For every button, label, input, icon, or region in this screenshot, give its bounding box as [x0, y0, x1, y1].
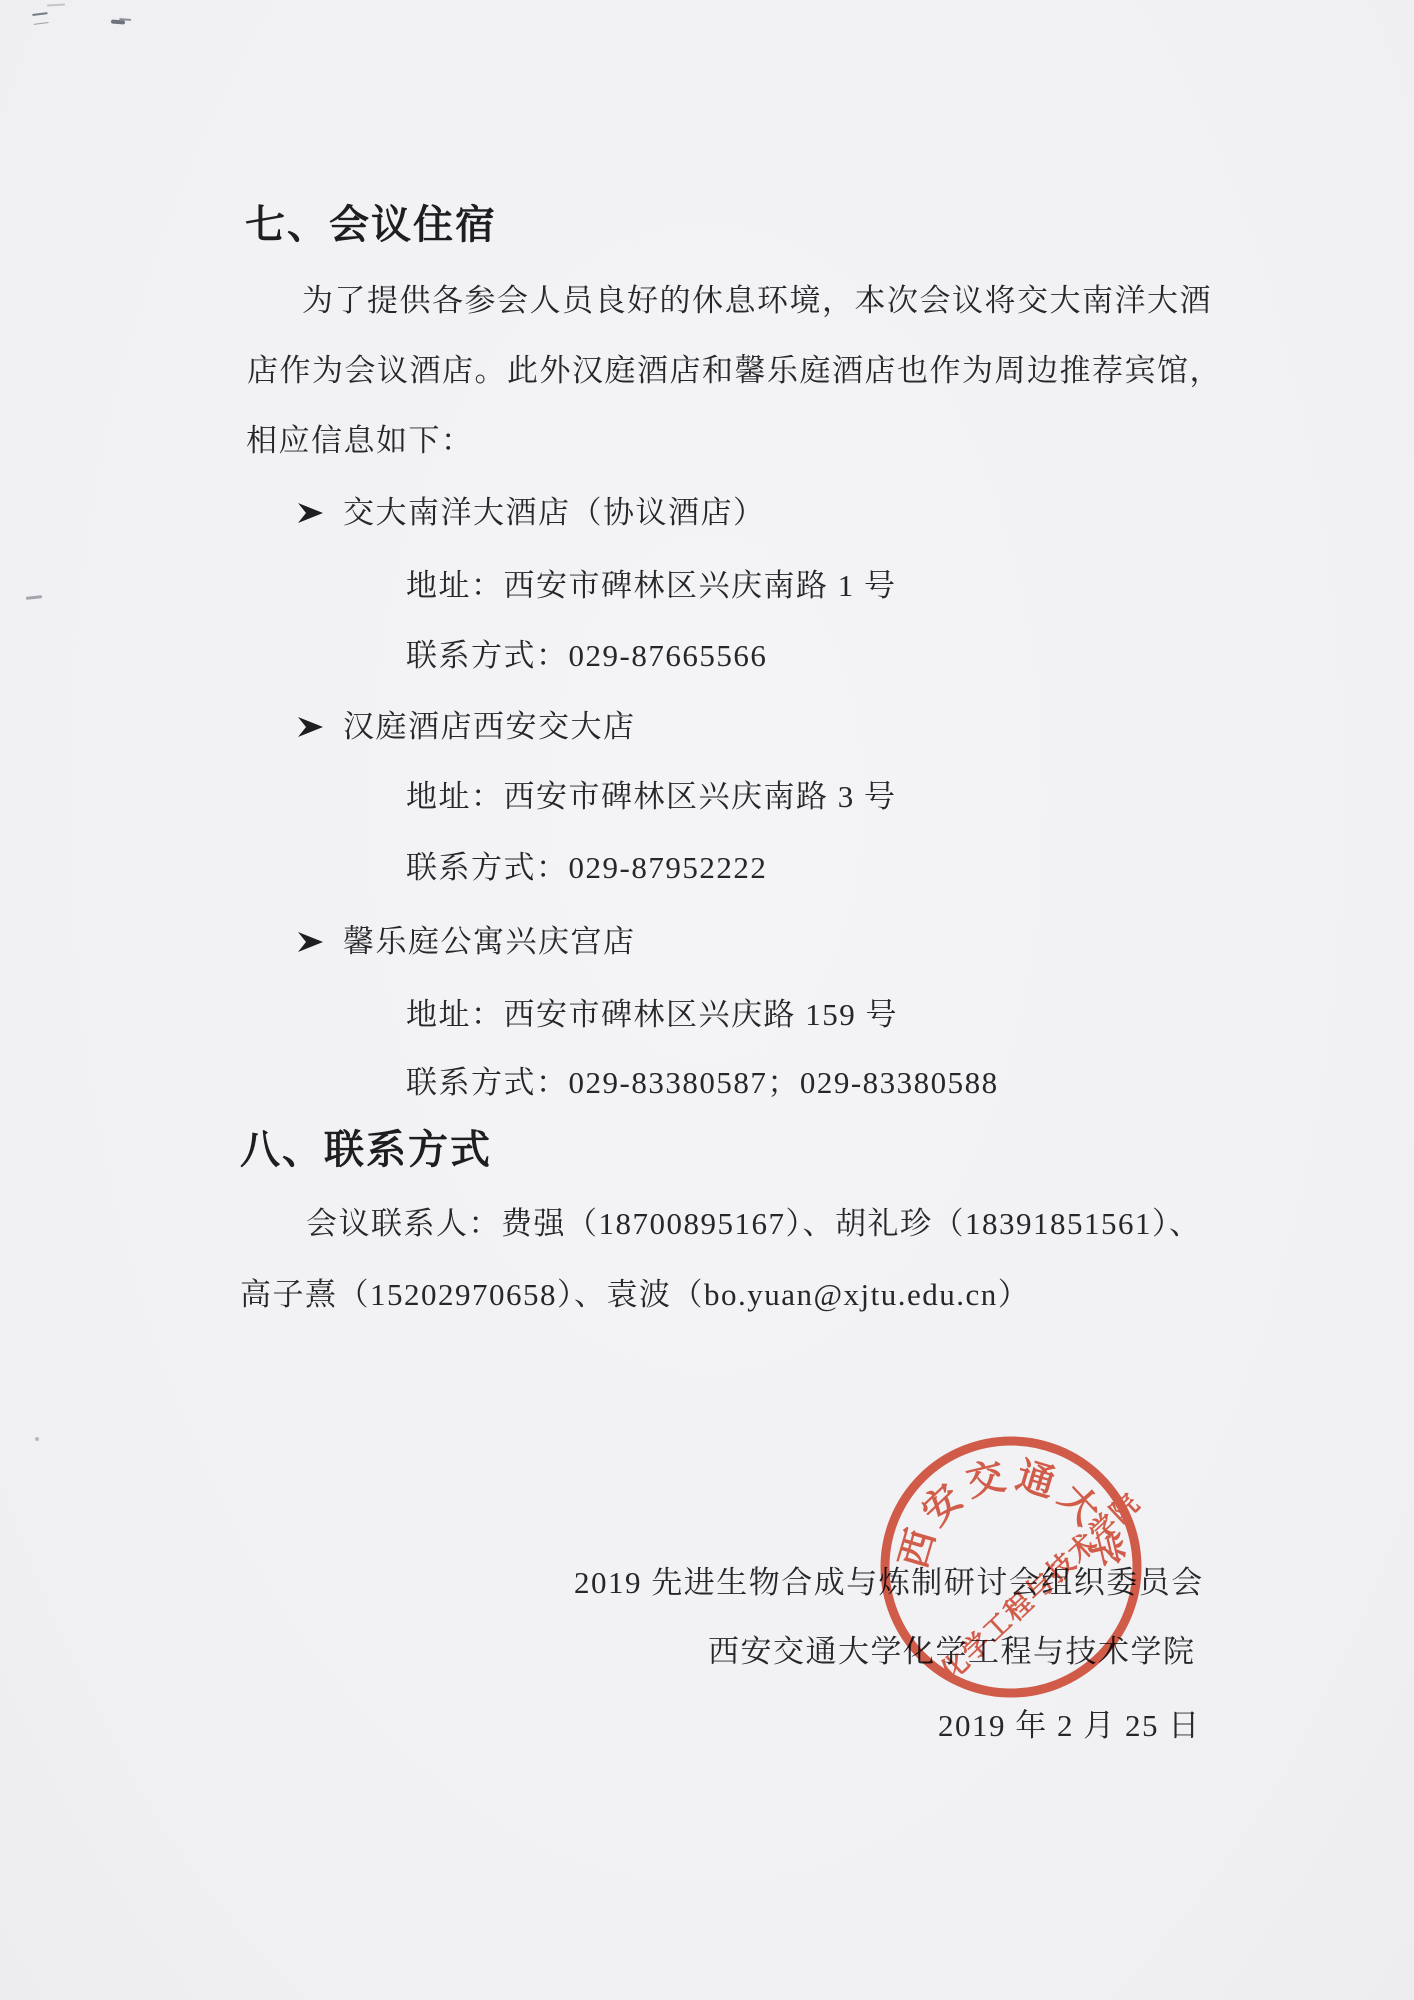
scan-artifact — [47, 4, 65, 7]
scan-artifact — [111, 20, 125, 25]
signature-date: 2019 年 2 月 25 日 — [938, 1707, 1201, 1745]
section8-heading: 八、联系方式 — [240, 1126, 492, 1174]
contact-line: 会议联系人：费强（18700895167）、胡礼珍（18391851561）、 — [306, 1205, 1202, 1243]
contact-line: 高子熹（15202970658）、袁波（bo.yuan@xjtu.edu.cn） — [240, 1276, 1030, 1314]
hotel-item: 交大南洋大酒店（协议酒店） — [295, 494, 766, 532]
stamp-arc-text: 西安交通大学 — [893, 1454, 1130, 1577]
paragraph-line: 店作为会议酒店。此外汉庭酒店和馨乐庭酒店也作为周边推荐宾馆， — [247, 352, 1222, 390]
bullet-arrow-icon — [295, 500, 325, 526]
hotel-phone: 联系方式：029-87952222 — [406, 849, 767, 887]
hotel-item: 汉庭酒店西安交大店 — [295, 708, 636, 746]
hotel-name: 汉庭酒店西安交大店 — [343, 708, 636, 746]
hotel-address: 地址：西安市碑林区兴庆南路 1 号 — [406, 567, 897, 605]
hotel-address: 地址：西安市碑林区兴庆南路 3 号 — [406, 778, 897, 816]
hotel-phone: 联系方式：029-83380587；029-83380588 — [406, 1064, 999, 1102]
scanned-document-page: 七、会议住宿 为了提供各参会人员良好的休息环境，本次会议将交大南洋大酒 店作为会… — [0, 0, 1414, 2000]
scan-artifact — [32, 12, 48, 25]
svg-text:西安交通大学: 西安交通大学 — [893, 1454, 1130, 1577]
bullet-arrow-icon — [295, 929, 325, 955]
paragraph-line: 相应信息如下： — [246, 422, 474, 460]
bullet-arrow-icon — [295, 714, 325, 740]
hotel-name: 馨乐庭公寓兴庆宫店 — [343, 923, 636, 961]
scan-artifact — [35, 1437, 39, 1441]
hotel-address: 地址：西安市碑林区兴庆路 159 号 — [406, 996, 898, 1034]
scan-artifact — [26, 595, 42, 600]
hotel-item: 馨乐庭公寓兴庆宫店 — [295, 923, 636, 961]
section7-heading: 七、会议住宿 — [245, 201, 497, 249]
signature-committee-line: 2019 先进生物合成与炼制研讨会组织委员会 — [574, 1564, 1204, 1602]
paragraph-line: 为了提供各参会人员良好的休息环境，本次会议将交大南洋大酒 — [302, 282, 1212, 320]
hotel-name: 交大南洋大酒店（协议酒店） — [343, 494, 766, 532]
signature-school-line: 西安交通大学化学工程与技术学院 — [708, 1633, 1196, 1671]
hotel-phone: 联系方式：029-87665566 — [406, 637, 767, 675]
